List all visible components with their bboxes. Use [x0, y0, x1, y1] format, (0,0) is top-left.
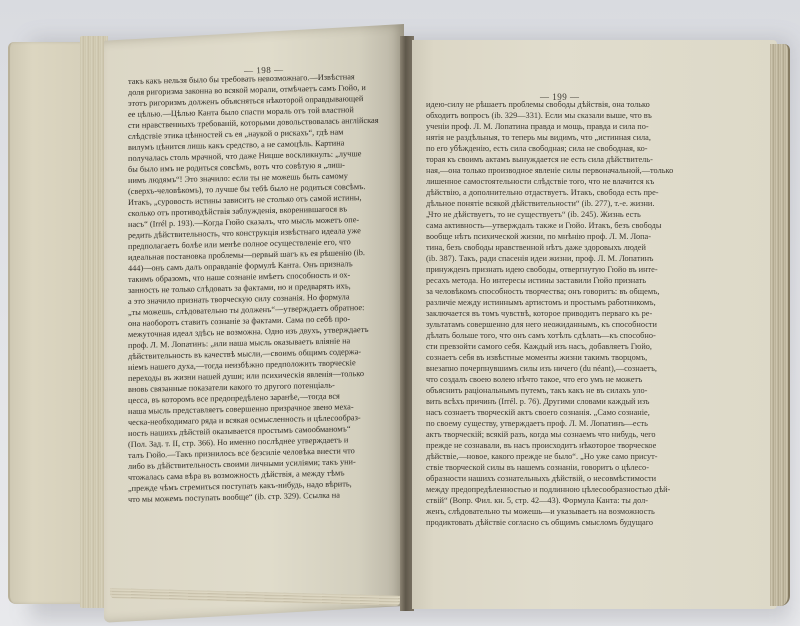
text-line: сознаетъ себя въ извѣстные моменты жизни… — [426, 352, 688, 363]
text-line: идею-силу не рѣшаетъ проблемы свободы дѣ… — [426, 99, 688, 110]
text-line: дѣйствію, а дополнительно отдаствуетъ. И… — [426, 187, 688, 198]
text-line: актъ творческій; всякій разъ, когда мы с… — [426, 429, 688, 440]
text-line: заключается въ томъ чувствѣ, которое при… — [426, 308, 688, 319]
text-line: по своему существу, утверждаетъ проф. Л.… — [426, 418, 688, 429]
text-line: ресахъ метода. Но интересы истины застав… — [426, 275, 688, 286]
text-line: насъ сознаетъ творческій актъ своего соз… — [426, 407, 688, 418]
text-line: вить всѣхъ причинъ (Irrél. p. 76). Други… — [426, 396, 688, 407]
text-line: продиктовать дѣйствіе согласно съ общимъ… — [426, 517, 688, 528]
text-line: образности нашихъ сознательныхъ дѣйствій… — [426, 473, 688, 484]
text-line: вообще нѣтъ психической жизни, по мнѣнію… — [426, 231, 688, 242]
text-line: ная,—она только производное явленіе силы… — [426, 165, 688, 176]
text-line: объяснить раціональнымъ путемъ, такъ как… — [426, 385, 688, 396]
text-line: прежде не сознавали, въ насъ происходитъ… — [426, 440, 688, 451]
text-line: торая къ своимъ актамъ вынуждается не ес… — [426, 154, 688, 165]
text-line: ствій“ (Вопр. Фил. кн. 5, стр. 42—43). Ф… — [426, 495, 688, 506]
right-page-edges — [770, 44, 790, 606]
text-line: тина, безъ свободы нравственной нѣтъ даж… — [426, 242, 688, 253]
text-line: за человѣкомъ способность творчества; он… — [426, 286, 688, 297]
text-line: обходитъ вопросъ (ib. 329—331). Если мы … — [426, 110, 688, 121]
text-line: сти превзойти самого себя. Каждый изъ на… — [426, 341, 688, 352]
text-line: ученіи проф. Л. М. Лопатина правда и мощ… — [426, 121, 688, 132]
text-line: дѣльное понятіе всякой дѣйствительности“… — [426, 198, 688, 209]
right-page-text: идею-силу не рѣшаетъ проблемы свободы дѣ… — [426, 99, 688, 528]
text-line: дѣйствіе,—новое, какого прежде не было“.… — [426, 451, 688, 462]
text-line: нятія не раздѣльныя, то теперь мы видимъ… — [426, 132, 688, 143]
text-line: зультатамъ совершенно для него неожиданн… — [426, 319, 688, 330]
text-line: женъ, слѣдовательно ты можешь—и указывае… — [426, 506, 688, 517]
text-line: лишенное самостоятельности слѣдствіе тог… — [426, 176, 688, 187]
text-line: по его убѣжденію, есть сила свободная; с… — [426, 143, 688, 154]
text-line: дѣлать больше того, что онъ самъ хотѣлъ … — [426, 330, 688, 341]
text-line: ствіе творческой силы въ нашемъ сознаніи… — [426, 462, 688, 473]
text-line: между предопредѣленностью и подлинною цѣ… — [426, 484, 688, 495]
text-line: (ib. 387). Такъ, ради спасенія идеи жизн… — [426, 253, 688, 264]
text-line: „Что не дѣйствуетъ, то не существуетъ“ (… — [426, 209, 688, 220]
text-line: различіе между истиннымъ артистомъ и про… — [426, 297, 688, 308]
text-line: принужденъ признать идею свободы, отверг… — [426, 264, 688, 275]
text-line: что создалъ своею волею нѣчто такое, что… — [426, 374, 688, 385]
text-line: внезапно почерпнувшимъ силы изъ ничего (… — [426, 363, 688, 374]
book-front-block — [8, 42, 85, 604]
text-line: сама активность—утверждалъ также и Гюйо.… — [426, 220, 688, 231]
left-page-text: такъ какъ нельзя было бы требовать невоз… — [128, 70, 396, 505]
